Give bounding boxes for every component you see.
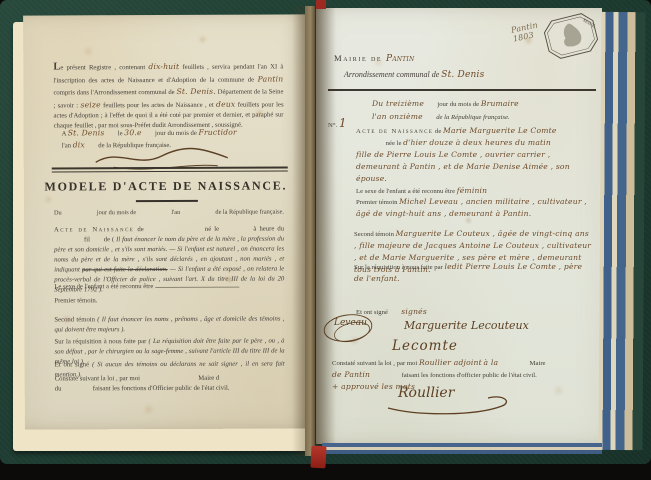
handwritten-mois: Brumaire: [481, 99, 519, 108]
print-text: l'an: [171, 208, 180, 217]
print-text: Maire: [530, 360, 546, 367]
numero-label: N°.: [328, 122, 337, 129]
signature-flourish: [322, 308, 386, 350]
print-text: compris dans l'Arrondissement communal d…: [53, 89, 174, 97]
handwritten-an: l'an onzième: [372, 112, 423, 121]
register-declaration: Le présent Registre , contenant dix-huit…: [53, 58, 283, 131]
print-text: Sur la réquisition à nous faite par: [55, 338, 147, 345]
handwritten-feuillets-naissance: seize: [80, 100, 100, 109]
print-text: de (: [104, 236, 114, 243]
sex-line: Le sexe de l'enfant a été reconnu être: [54, 280, 284, 292]
spine-strip: [305, 6, 315, 456]
certification-template: Constaté suivant la loi , par moi Maire …: [55, 373, 285, 394]
notarial-stamp: SEINE: [542, 12, 600, 60]
print-text: faisant les fonctions d'officier public …: [401, 372, 536, 379]
print-text: jour du mois de: [97, 208, 136, 218]
print-text: Second témoin: [54, 316, 95, 323]
fore-edge-pages: [598, 12, 645, 450]
print-text: Second témoin: [354, 231, 394, 238]
print-text: Arrondissement communal de: [344, 70, 439, 79]
stamp-text: SEINE: [581, 18, 595, 29]
handwritten-numero: 1: [339, 116, 347, 130]
print-text: de la République française.: [215, 207, 284, 217]
foxing-spots-right: [316, 8, 321, 13]
print-text: heure du: [259, 225, 284, 232]
header-rule: [328, 89, 596, 91]
page-title: MODELE D'ACTE DE NAISSANCE.: [24, 178, 308, 194]
signed-entry: Et ont signé signés: [356, 306, 556, 318]
acte-label: Acte de Naissance: [54, 226, 134, 233]
second-witness-template: Second témoin ( Il faut énoncer les noms…: [54, 314, 284, 335]
handwritten-jour: 30.e: [124, 128, 141, 137]
handwritten-mois: Fructidor: [198, 128, 236, 137]
print-text: Constaté suivant la loi , par moi: [332, 360, 417, 367]
print-text: Le sexe de l'enfant a été reconnu être: [356, 188, 455, 195]
handwritten-lieu: St. Denis: [68, 128, 105, 137]
struck-instruction: par qui est faite la déclaration.: [82, 266, 168, 273]
handwritten-birth-datetime: d'hier douze à deux heures du matin: [403, 138, 551, 147]
acte-dateline: Du treizième jour du mois de Brumaire l'…: [372, 98, 588, 123]
print-text: Mairie de: [334, 53, 382, 63]
fill-in-blank: [155, 281, 239, 288]
handwritten-commune: Pantin: [386, 54, 414, 64]
witness2-signature: Marguerite Lecouteux: [404, 319, 529, 332]
print-text: de: [435, 128, 441, 135]
title-rule: [136, 200, 198, 202]
officiant-flourish: [384, 382, 514, 416]
handwritten-total-feuillets: dix-huit: [148, 62, 179, 71]
witness1-signature: Leveau: [334, 318, 367, 328]
mairie-header: Mairie de Pantin: [334, 53, 414, 64]
bottom-page-edges: [322, 443, 602, 454]
print-text: feuillets pour les actes de Naissance , …: [103, 101, 214, 108]
acte-entry: Acte de Naissance de Marie Marguerite Le…: [356, 125, 592, 185]
print-text: Et ont signé: [55, 361, 90, 368]
handwritten-commune: de Pantin: [332, 370, 370, 379]
print-text: jour du mois de: [437, 101, 479, 108]
print-text: Maire d: [198, 375, 219, 382]
handwritten-commune: Pantin: [258, 75, 284, 84]
right-page: Pantin 1803 SEINE Mairie de Pantin Arron…: [316, 8, 602, 444]
handwritten-feuillets-adoption: deux: [216, 99, 235, 108]
declarant-signature: Lecomte: [392, 338, 458, 354]
acte-number: N°. 1: [328, 114, 347, 132]
ribbon-bookmark: [310, 446, 326, 469]
foxing-spots-left: [24, 15, 29, 20]
print-text: jour du mois de: [155, 130, 197, 137]
print-text: Constaté suivant la loi , par moi: [55, 375, 140, 382]
print-text: le: [118, 130, 123, 137]
blank-dateline: Du jour du mois de l'an de la République…: [54, 207, 284, 217]
print-text: Le sexe de l'enfant a été reconnu être: [54, 283, 153, 290]
handwritten-filiation: fille de Pierre Louis Le Comte , ouvrier…: [356, 150, 570, 183]
print-text: Le présent Registre , contenant: [53, 64, 145, 71]
handwritten-arrondissement: St. Denis: [441, 70, 484, 80]
pencil-annotation: Pantin 1803: [510, 21, 540, 44]
first-witness-line: Premier témoin.: [54, 295, 284, 306]
print-text: de la République française.: [436, 114, 510, 121]
requisition-entry: Sur la réquisition à nous faite par ledi…: [354, 261, 594, 285]
print-text: né le: [205, 225, 219, 232]
arrondissement-header: Arrondissement communal de St. Denis: [344, 70, 484, 80]
print-text: Sur la réquisition à nous faite par: [354, 264, 443, 271]
handwritten-an: dix: [73, 140, 85, 149]
print-text: l'an: [62, 142, 71, 149]
print-text: fil: [84, 236, 90, 243]
handwritten-officiant: Roullier adjoint: [419, 358, 482, 367]
print-text: faisant les fonctions d'Officier public …: [93, 385, 230, 393]
register-book-photo: Le présent Registre , contenant dix-huit…: [0, 0, 651, 480]
print-text: née le: [386, 140, 402, 147]
first-witness-entry: Premier témoin Michel Leveau , ancien mi…: [356, 196, 592, 220]
handwritten-arrondissement: St. Denis.: [176, 87, 215, 96]
officiant-signature-block: Roullier: [398, 384, 454, 402]
handwritten-jour: Du treizième: [372, 99, 424, 108]
print-text: Du: [54, 208, 62, 217]
section-divider: [52, 166, 288, 172]
left-page: Le présent Registre , contenant dix-huit…: [23, 14, 309, 429]
print-text: à: [253, 225, 256, 232]
handwritten-child-name: Marie Marguerite Le Comte: [443, 126, 557, 135]
print-text: de: [137, 226, 143, 233]
print-text: A: [62, 130, 66, 137]
handwritten-a-la: à la: [484, 358, 499, 367]
handwritten-signes: signés: [401, 307, 427, 316]
handwritten-sex: féminin: [457, 186, 488, 195]
print-text: Premier témoin: [356, 199, 397, 206]
print-text: du: [55, 386, 62, 393]
acte-label: Acte de Naissance: [356, 128, 433, 135]
